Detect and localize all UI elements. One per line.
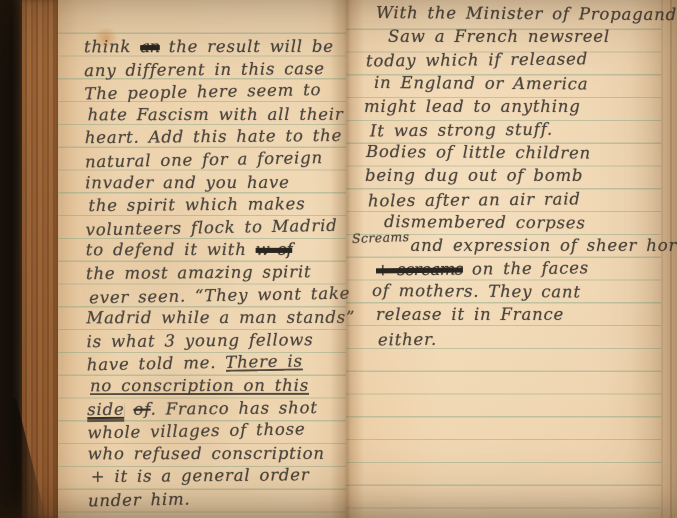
text-segment-ins: Screams xyxy=(352,225,410,250)
handwritten-line: the spirit which makes xyxy=(88,193,345,218)
text-segment-xx: w of xyxy=(256,240,292,259)
text-segment-plain: under him. xyxy=(88,489,191,510)
handwritten-line: to defend it with w of xyxy=(86,239,346,262)
text-segment-plain: in England or America xyxy=(374,73,589,93)
text-segment-plain: release it in France xyxy=(376,305,564,324)
text-segment-plain: think xyxy=(84,37,140,56)
text-segment-plain: hate Fascism with all their xyxy=(88,105,344,124)
text-segment-plain: Bodies of little children xyxy=(366,142,591,163)
text-segment-plain: is what 3 young fellows xyxy=(87,330,314,351)
handwritten-line: who refused conscription xyxy=(88,442,348,465)
text-segment-x: of xyxy=(133,399,150,418)
handwritten-line: The people here seem to xyxy=(84,79,344,106)
text-segment-plain: have told me. xyxy=(87,353,226,375)
handwritten-line: of mothers. They cant xyxy=(372,279,662,304)
text-segment-plain: natural one for a foreign xyxy=(85,148,323,171)
handwritten-line: Screamsand expression of sheer horror xyxy=(352,234,662,257)
handwritten-line: Bodies of little children xyxy=(366,140,662,165)
handwritten-line: think an the result will be xyxy=(84,36,344,59)
handwritten-line: in England or America xyxy=(374,71,662,96)
text-segment-xx: + screams xyxy=(376,260,463,280)
handwritten-line: With the Minister of Propaganda xyxy=(376,1,662,26)
handwritten-line: Madrid while a man stands” xyxy=(86,307,346,330)
text-segment-plain: the most amazing spirit xyxy=(86,262,312,283)
text-segment-plain: and expression of sheer horror xyxy=(410,236,677,255)
handwritten-line: the most amazing spirit xyxy=(86,261,346,286)
handwritten-line: have told me. There is xyxy=(87,350,347,377)
handwritten-line: being dug out of bomb xyxy=(365,164,662,187)
handwritten-line: invader and you have xyxy=(85,171,345,194)
text-segment-plain: volunteers flock to Madrid xyxy=(85,216,337,240)
text-segment-plain: holes after an air raid xyxy=(368,189,581,210)
text-segment-uu: side xyxy=(87,399,124,418)
text-segment-plain: invader and you have xyxy=(85,172,290,191)
handwritten-line: + it is a general order xyxy=(91,464,348,489)
left-page-writing: think an the result will beany different… xyxy=(84,35,348,512)
handwritten-line: today which if released xyxy=(366,47,662,73)
text-segment-plain: whole villages of those xyxy=(87,419,305,442)
text-segment-plain: being dug out of bomb xyxy=(365,166,583,185)
handwritten-line: + screams on the faces xyxy=(376,256,662,282)
text-segment-plain: The people here seem to xyxy=(84,80,321,103)
text-segment-plain: to defend it with xyxy=(86,240,256,259)
text-segment-plain: the spirit which makes xyxy=(88,194,305,215)
text-segment-plain: + it is a general order xyxy=(91,465,310,486)
text-segment-plain: any different in this case xyxy=(84,59,325,80)
text-segment-u: no conscription on this xyxy=(90,376,309,395)
handwritten-line: ever seen. “They wont take xyxy=(89,282,346,309)
handwritten-line: release it in France xyxy=(376,303,662,326)
text-segment-plain: . Franco has shot xyxy=(150,398,317,418)
handwritten-line: either. xyxy=(378,325,662,351)
handwritten-line: dismembered corpses xyxy=(384,210,662,235)
handwritten-line: hate Fascism with all their xyxy=(88,104,345,127)
right-page-writing: With the Minister of PropagandaSaw a Fre… xyxy=(362,2,662,350)
handwritten-line: Saw a French newsreel xyxy=(388,25,662,48)
text-segment-plain: either. xyxy=(378,329,437,349)
text-segment-plain: might lead to anything xyxy=(364,97,581,116)
notebook-photo: think an the result will beany different… xyxy=(0,0,677,518)
text-segment-plain: dismembered corpses xyxy=(384,212,586,232)
right-page-fore-edge xyxy=(661,0,677,518)
text-segment-plain: on the faces xyxy=(463,258,589,278)
text-segment-plain: today which if released xyxy=(366,50,588,71)
handwritten-line: natural one for a foreign xyxy=(85,147,345,174)
handwritten-line: holes after an air raid xyxy=(368,186,662,212)
left-page-stack-edge xyxy=(22,0,60,518)
text-segment-plain: of mothers. They cant xyxy=(372,281,581,301)
text-segment-u: There is xyxy=(225,352,303,372)
handwritten-line: might lead to anything xyxy=(364,95,662,118)
text-segment-plain: With the Minister of Propaganda xyxy=(376,3,677,24)
handwritten-line: whole villages of those xyxy=(87,418,347,445)
text-segment-plain: the result will be xyxy=(160,37,334,56)
handwritten-line: It was strong stuff. xyxy=(370,117,662,143)
handwritten-line: volunteers flock to Madrid xyxy=(85,214,345,241)
text-segment-plain: who refused conscription xyxy=(88,443,325,462)
text-segment-plain: Saw a French newsreel xyxy=(388,27,610,46)
text-segment-plain: ever seen. “They wont take xyxy=(89,283,350,307)
text-segment-plain: Madrid while a man stands” xyxy=(86,308,355,327)
text-segment-plain: heart. Add this hate to the xyxy=(85,126,342,147)
handwritten-line: under him. xyxy=(88,485,348,512)
handwritten-line: no conscription on this xyxy=(90,375,347,398)
text-segment-plain: It was strong stuff. xyxy=(370,120,553,141)
text-segment-xx: an xyxy=(140,37,160,56)
